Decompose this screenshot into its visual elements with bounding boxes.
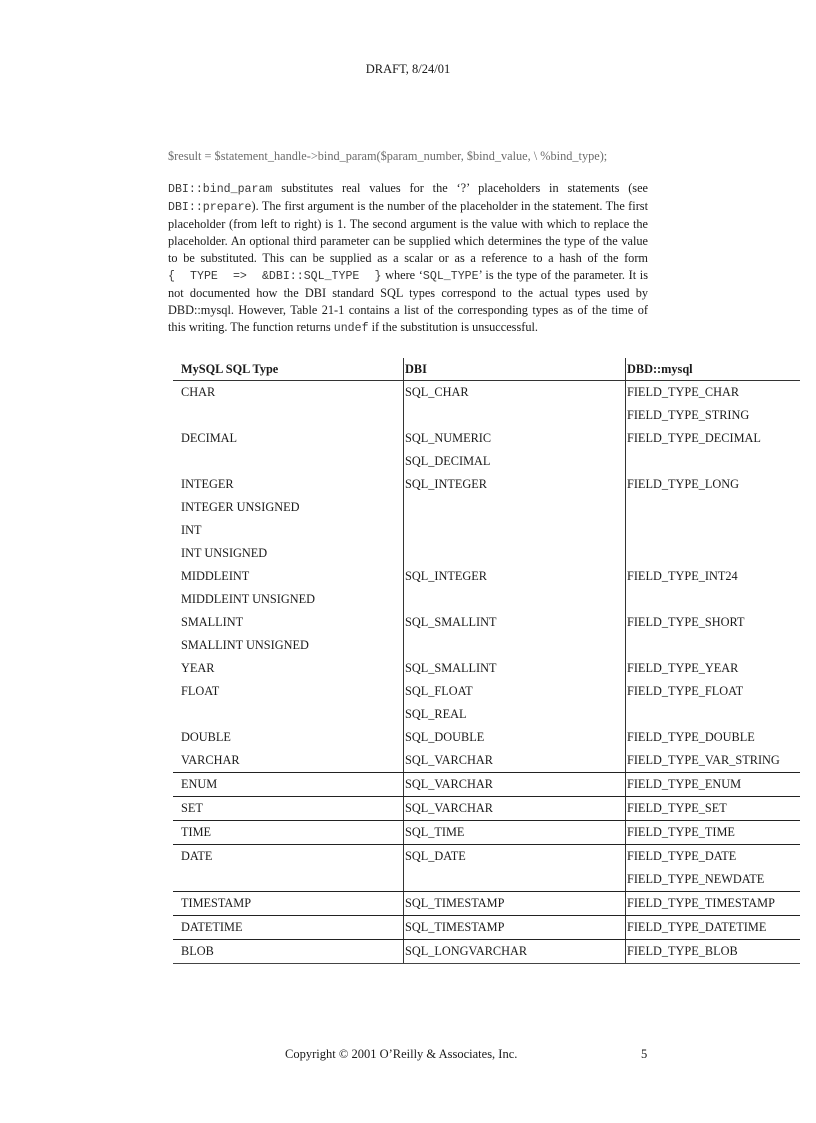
mysql-type-cell: MIDDLEINTMIDDLEINT UNSIGNED — [173, 565, 403, 611]
dbi-type-cell: SQL_TIMESTAMP — [403, 892, 625, 915]
inline-code: DBI::prepare — [168, 201, 252, 214]
dbi-type-cell: SQL_VARCHAR — [403, 773, 625, 796]
cell-line — [181, 404, 403, 427]
type-mapping-table: MySQL SQL Type DBI DBD::mysql CHARSQL_CH… — [173, 358, 800, 964]
inline-code: undef — [334, 322, 369, 335]
cell-line: SQL_DOUBLE — [405, 726, 625, 749]
inline-code: { TYPE => &DBI::SQL_TYPE } — [168, 270, 381, 283]
dbi-type-cell: SQL_INTEGER — [403, 565, 625, 611]
dbd-type-cell: FIELD_TYPE_TIME — [625, 821, 800, 844]
dbd-type-cell: FIELD_TYPE_DECIMAL — [625, 427, 800, 473]
table-row: SMALLINTSMALLINT UNSIGNEDSQL_SMALLINTFIE… — [173, 611, 800, 657]
cell-line — [405, 404, 625, 427]
body-paragraph: DBI::bind_param substitutes real values … — [168, 180, 648, 337]
cell-line: TIMESTAMP — [181, 892, 403, 915]
table-row: DATESQL_DATEFIELD_TYPE_DATEFIELD_TYPE_NE… — [173, 844, 800, 891]
mysql-type-cell: BLOB — [173, 940, 403, 963]
cell-line — [627, 588, 800, 611]
cell-line: FIELD_TYPE_ENUM — [627, 773, 800, 796]
code-example: $result = $statement_handle->bind_param(… — [168, 149, 607, 164]
cell-line: SQL_VARCHAR — [405, 773, 625, 796]
dbi-type-cell: SQL_NUMERICSQL_DECIMAL — [403, 427, 625, 473]
cell-line: FIELD_TYPE_BLOB — [627, 940, 800, 963]
cell-line: SMALLINT UNSIGNED — [181, 634, 403, 657]
dbd-type-cell: FIELD_TYPE_SET — [625, 797, 800, 820]
dbd-type-cell: FIELD_TYPE_BLOB — [625, 940, 800, 963]
paragraph-text: substitutes real values for the ‘?’ plac… — [272, 181, 648, 195]
cell-line: BLOB — [181, 940, 403, 963]
cell-line — [405, 868, 625, 891]
cell-line: SQL_DATE — [405, 845, 625, 868]
cell-line — [627, 703, 800, 726]
cell-line: CHAR — [181, 381, 403, 404]
mysql-type-cell: YEAR — [173, 657, 403, 680]
dbi-type-cell: SQL_SMALLINT — [403, 611, 625, 657]
dbd-type-cell: FIELD_TYPE_LONG — [625, 473, 800, 565]
cell-line: SQL_TIMESTAMP — [405, 892, 625, 915]
table-row: SETSQL_VARCHARFIELD_TYPE_SET — [173, 796, 800, 820]
cell-line: YEAR — [181, 657, 403, 680]
cell-line: FIELD_TYPE_SET — [627, 797, 800, 820]
cell-line: FIELD_TYPE_NEWDATE — [627, 868, 800, 891]
table-row: VARCHARSQL_VARCHARFIELD_TYPE_VAR_STRING — [173, 749, 800, 772]
dbi-type-cell: SQL_INTEGER — [403, 473, 625, 565]
mysql-type-cell: DATE — [173, 845, 403, 891]
cell-line — [405, 519, 625, 542]
table-header-row: MySQL SQL Type DBI DBD::mysql — [173, 358, 800, 381]
cell-line: FIELD_TYPE_LONG — [627, 473, 800, 496]
cell-line: MIDDLEINT — [181, 565, 403, 588]
cell-line: INTEGER UNSIGNED — [181, 496, 403, 519]
cell-line: FIELD_TYPE_YEAR — [627, 657, 800, 680]
mysql-type-cell: SMALLINTSMALLINT UNSIGNED — [173, 611, 403, 657]
cell-line — [405, 634, 625, 657]
cell-line: DATETIME — [181, 916, 403, 939]
dbi-type-cell: SQL_VARCHAR — [403, 797, 625, 820]
cell-line: FIELD_TYPE_FLOAT — [627, 680, 800, 703]
dbd-type-cell: FIELD_TYPE_DATETIME — [625, 916, 800, 939]
cell-line — [627, 450, 800, 473]
cell-line: ENUM — [181, 773, 403, 796]
table-row: TIMESTAMPSQL_TIMESTAMPFIELD_TYPE_TIMESTA… — [173, 891, 800, 915]
mysql-type-cell: TIME — [173, 821, 403, 844]
cell-line: SQL_LONGVARCHAR — [405, 940, 625, 963]
cell-line — [627, 496, 800, 519]
header-mysql-type: MySQL SQL Type — [173, 358, 403, 380]
cell-line: FIELD_TYPE_DATETIME — [627, 916, 800, 939]
dbd-type-cell: FIELD_TYPE_TIMESTAMP — [625, 892, 800, 915]
cell-line: SET — [181, 797, 403, 820]
dbd-type-cell: FIELD_TYPE_DOUBLE — [625, 726, 800, 749]
table-row: BLOBSQL_LONGVARCHARFIELD_TYPE_BLOB — [173, 939, 800, 964]
cell-line: DECIMAL — [181, 427, 403, 450]
cell-line: DOUBLE — [181, 726, 403, 749]
copyright-footer: Copyright © 2001 O’Reilly & Associates, … — [285, 1047, 517, 1062]
cell-line: SMALLINT — [181, 611, 403, 634]
cell-line: SQL_FLOAT — [405, 680, 625, 703]
cell-line: SQL_TIME — [405, 821, 625, 844]
mysql-type-cell: TIMESTAMP — [173, 892, 403, 915]
cell-line: FLOAT — [181, 680, 403, 703]
header-dbi: DBI — [403, 358, 625, 380]
mysql-type-cell: DECIMAL — [173, 427, 403, 473]
mysql-type-cell: SET — [173, 797, 403, 820]
cell-line: INTEGER — [181, 473, 403, 496]
cell-line: DATE — [181, 845, 403, 868]
cell-line: INT — [181, 519, 403, 542]
cell-line — [405, 588, 625, 611]
cell-line: FIELD_TYPE_CHAR — [627, 381, 800, 404]
dbd-type-cell: FIELD_TYPE_FLOAT — [625, 680, 800, 726]
table-row: YEARSQL_SMALLINTFIELD_TYPE_YEAR — [173, 657, 800, 680]
table-row: DECIMALSQL_NUMERICSQL_DECIMALFIELD_TYPE_… — [173, 427, 800, 473]
dbd-type-cell: FIELD_TYPE_VAR_STRING — [625, 749, 800, 772]
table-row: ENUMSQL_VARCHARFIELD_TYPE_ENUM — [173, 772, 800, 796]
dbi-type-cell: SQL_VARCHAR — [403, 749, 625, 772]
cell-line: FIELD_TYPE_STRING — [627, 404, 800, 427]
cell-line — [405, 496, 625, 519]
cell-line: FIELD_TYPE_DECIMAL — [627, 427, 800, 450]
mysql-type-cell: VARCHAR — [173, 749, 403, 772]
mysql-type-cell: DOUBLE — [173, 726, 403, 749]
cell-line — [181, 703, 403, 726]
cell-line: FIELD_TYPE_SHORT — [627, 611, 800, 634]
cell-line — [181, 450, 403, 473]
inline-code: SQL_TYPE — [423, 270, 479, 283]
cell-line: MIDDLEINT UNSIGNED — [181, 588, 403, 611]
cell-line: SQL_VARCHAR — [405, 797, 625, 820]
table-row: MIDDLEINTMIDDLEINT UNSIGNEDSQL_INTEGERFI… — [173, 565, 800, 611]
cell-line: SQL_VARCHAR — [405, 749, 625, 772]
mysql-type-cell: DATETIME — [173, 916, 403, 939]
paragraph-text: where ‘ — [381, 268, 422, 282]
cell-line: FIELD_TYPE_VAR_STRING — [627, 749, 800, 772]
table-row: DOUBLESQL_DOUBLEFIELD_TYPE_DOUBLE — [173, 726, 800, 749]
dbd-type-cell: FIELD_TYPE_INT24 — [625, 565, 800, 611]
cell-line: FIELD_TYPE_DOUBLE — [627, 726, 800, 749]
cell-line: SQL_DECIMAL — [405, 450, 625, 473]
table-row: TIMESQL_TIMEFIELD_TYPE_TIME — [173, 820, 800, 844]
cell-line — [181, 868, 403, 891]
mysql-type-cell: FLOAT — [173, 680, 403, 726]
cell-line: FIELD_TYPE_TIMESTAMP — [627, 892, 800, 915]
dbi-type-cell: SQL_TIME — [403, 821, 625, 844]
cell-line: FIELD_TYPE_TIME — [627, 821, 800, 844]
table-body: CHARSQL_CHARFIELD_TYPE_CHARFIELD_TYPE_ST… — [173, 381, 800, 964]
dbi-type-cell: SQL_DOUBLE — [403, 726, 625, 749]
table-row: DATETIMESQL_TIMESTAMPFIELD_TYPE_DATETIME — [173, 915, 800, 939]
mysql-type-cell: INTEGERINTEGER UNSIGNEDINTINT UNSIGNED — [173, 473, 403, 565]
page-number: 5 — [641, 1047, 647, 1062]
cell-line: SQL_NUMERIC — [405, 427, 625, 450]
table-row: CHARSQL_CHARFIELD_TYPE_CHARFIELD_TYPE_ST… — [173, 381, 800, 427]
cell-line: SQL_SMALLINT — [405, 611, 625, 634]
cell-line — [627, 634, 800, 657]
cell-line: FIELD_TYPE_INT24 — [627, 565, 800, 588]
cell-line: SQL_TIMESTAMP — [405, 916, 625, 939]
cell-line: SQL_INTEGER — [405, 565, 625, 588]
table-row: INTEGERINTEGER UNSIGNEDINTINT UNSIGNEDSQ… — [173, 473, 800, 565]
dbd-type-cell: FIELD_TYPE_DATEFIELD_TYPE_NEWDATE — [625, 845, 800, 891]
dbd-type-cell: FIELD_TYPE_ENUM — [625, 773, 800, 796]
cell-line: SQL_CHAR — [405, 381, 625, 404]
cell-line — [627, 519, 800, 542]
table-row: FLOATSQL_FLOATSQL_REALFIELD_TYPE_FLOAT — [173, 680, 800, 726]
cell-line: TIME — [181, 821, 403, 844]
dbi-type-cell: SQL_CHAR — [403, 381, 625, 427]
cell-line: SQL_SMALLINT — [405, 657, 625, 680]
cell-line: INT UNSIGNED — [181, 542, 403, 565]
dbi-type-cell: SQL_SMALLINT — [403, 657, 625, 680]
dbi-type-cell: SQL_FLOATSQL_REAL — [403, 680, 625, 726]
header-dbd-mysql: DBD::mysql — [625, 358, 800, 380]
cell-line: VARCHAR — [181, 749, 403, 772]
dbd-type-cell: FIELD_TYPE_YEAR — [625, 657, 800, 680]
cell-line: SQL_REAL — [405, 703, 625, 726]
mysql-type-cell: ENUM — [173, 773, 403, 796]
dbi-type-cell: SQL_TIMESTAMP — [403, 916, 625, 939]
cell-line — [627, 542, 800, 565]
dbd-type-cell: FIELD_TYPE_SHORT — [625, 611, 800, 657]
dbd-type-cell: FIELD_TYPE_CHARFIELD_TYPE_STRING — [625, 381, 800, 427]
cell-line: SQL_INTEGER — [405, 473, 625, 496]
cell-line — [405, 542, 625, 565]
mysql-type-cell: CHAR — [173, 381, 403, 427]
draft-header: DRAFT, 8/24/01 — [0, 62, 816, 77]
dbi-type-cell: SQL_DATE — [403, 845, 625, 891]
dbi-type-cell: SQL_LONGVARCHAR — [403, 940, 625, 963]
paragraph-text: if the substitution is unsuccessful. — [369, 320, 538, 334]
cell-line: FIELD_TYPE_DATE — [627, 845, 800, 868]
inline-code: DBI::bind_param — [168, 183, 272, 196]
